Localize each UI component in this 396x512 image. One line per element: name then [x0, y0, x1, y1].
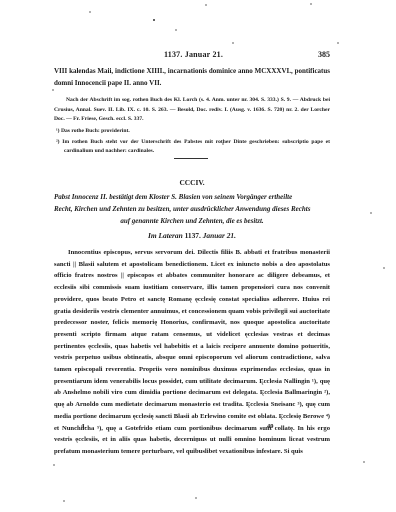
- regest-summary: Pabst Innocenz II. bestätigt dem Kloster…: [54, 191, 330, 227]
- scan-speck: [63, 500, 65, 502]
- page-number: 385: [318, 50, 330, 59]
- scan-speck: [205, 4, 207, 6]
- scan-speck: [53, 464, 55, 466]
- previous-document-dating: VIII kalendas Maii, indictione XIIII., i…: [54, 66, 330, 90]
- signature-mark: I.: [82, 423, 86, 430]
- charter-text: Innocentius episcopus, servus servorum d…: [54, 247, 330, 458]
- scan-speck: [89, 11, 91, 13]
- scan-speck: [195, 497, 197, 499]
- scan-speck: [383, 267, 385, 269]
- regest-line-1: Pabst Innocenz II. bestätigt dem Kloster…: [54, 191, 330, 203]
- scan-speck: [363, 461, 365, 463]
- sheet-number: 49: [267, 423, 273, 430]
- scan-speck: [52, 89, 54, 91]
- running-head: 1137. Januar 21. 385: [54, 50, 330, 62]
- scan-speck: [153, 19, 155, 21]
- document-page: 1137. Januar 21. 385 VIII kalendas Maii,…: [0, 0, 396, 512]
- scan-speck: [337, 42, 339, 44]
- running-head-date: 1137. Januar 21.: [164, 50, 223, 59]
- document-number: CCCIV.: [54, 178, 330, 187]
- scan-speck: [310, 3, 312, 5]
- scan-speck: [196, 440, 198, 442]
- place: Im Lateran: [148, 231, 183, 240]
- day: Januar 21.: [203, 231, 236, 240]
- scan-speck: [175, 29, 177, 31]
- regest-line-2: Recht, Kirchen und Zehnten zu besitzen, …: [54, 203, 330, 215]
- scan-speck: [232, 42, 234, 44]
- scan-speck: [222, 143, 224, 145]
- scan-speck: [370, 212, 372, 214]
- source-note: Nach der Abschrift im sog. rothen Buch d…: [54, 96, 330, 125]
- place-and-date: Im Lateran 1137. Januar 21.: [54, 231, 330, 240]
- dating-clause: VIII kalendas Maii, indictione XIIII., i…: [54, 66, 330, 90]
- footnotes: ¹) Das rothe Buch: providerint. ²) Im ro…: [54, 127, 330, 157]
- footnote-2: ²) Im rothen Buch steht vor der Untersch…: [54, 138, 330, 157]
- year: 1137.: [185, 231, 201, 240]
- footnote-1: ¹) Das rothe Buch: providerint.: [54, 127, 330, 137]
- charter-paragraph: Innocentius episcopus, servus servorum d…: [54, 247, 330, 458]
- regest-line-3: auf genannte Kirchen und Zehnten, die es…: [54, 215, 330, 227]
- section-divider: [174, 158, 208, 159]
